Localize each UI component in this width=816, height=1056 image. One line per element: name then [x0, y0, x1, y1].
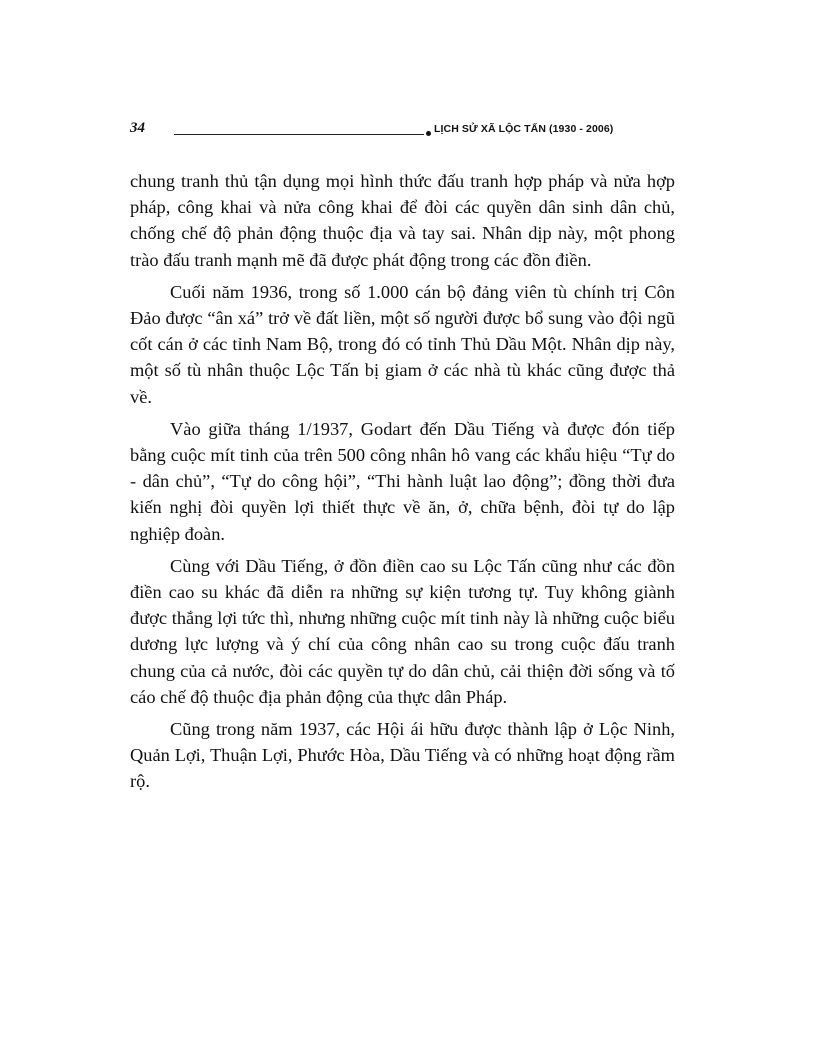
header-bullet-icon	[426, 131, 431, 136]
paragraph: Vào giữa tháng 1/1937, Godart đến Dầu Ti…	[130, 416, 675, 547]
paragraph-continuation: chung tranh thủ tận dụng mọi hình thức đ…	[130, 168, 675, 273]
page-header: 34 LỊCH SỬ XÃ LỘC TẤN (1930 - 2006)	[130, 120, 682, 140]
body-text: chung tranh thủ tận dụng mọi hình thức đ…	[130, 168, 675, 801]
paragraph: Cũng trong năm 1937, các Hội ái hữu được…	[130, 716, 675, 795]
running-title: LỊCH SỬ XÃ LỘC TẤN (1930 - 2006)	[434, 123, 613, 135]
paragraph: Cùng với Dầu Tiếng, ở đồn điền cao su Lộ…	[130, 553, 675, 710]
book-page: 34 LỊCH SỬ XÃ LỘC TẤN (1930 - 2006) chun…	[0, 0, 816, 1056]
page-number: 34	[130, 120, 145, 137]
header-rule	[174, 134, 424, 135]
paragraph: Cuối năm 1936, trong số 1.000 cán bộ đản…	[130, 279, 675, 410]
